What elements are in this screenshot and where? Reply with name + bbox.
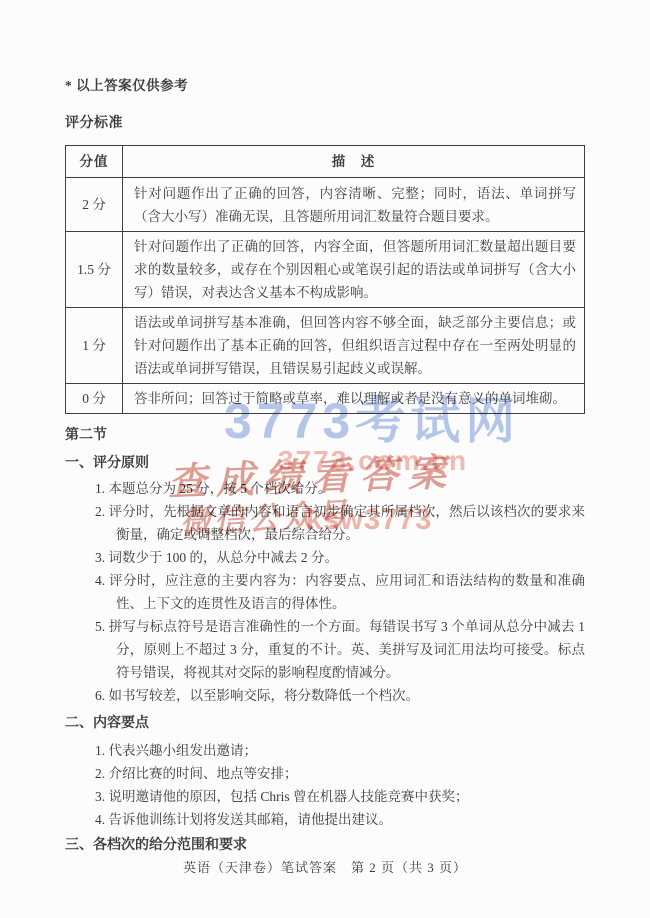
list-item: 4. 评分时，应注意的主要内容为：内容要点、应用词汇和语法结构的数量和准确性、上… [95, 569, 585, 615]
principles-list: 1. 本题总分为 25 分，按 5 个档次给分。 2. 评分时，先根据文章的内容… [65, 477, 585, 707]
list-item: 6. 如书写较差，以至影响交际，将分数降低一个档次。 [95, 684, 585, 707]
content-points-list: 1. 代表兴趣小组发出邀请； 2. 介绍比赛的时间、地点等安排； 3. 说明邀请… [65, 739, 585, 831]
page-footer: 英语（天津卷）笔试答案 第 2 页（共 3 页） [65, 860, 585, 876]
list-item: 5. 拼写与标点符号是语言准确性的一个方面。每错误书写 3 个单词从总分中减去 … [95, 615, 585, 684]
list-item: 3. 词数少于 100 的，从总分中减去 2 分。 [95, 546, 585, 569]
list-item: 4. 告诉他训练计划将发送其邮箱，请他提出建议。 [95, 808, 585, 831]
rubric-heading: 评分标准 [65, 115, 585, 132]
score-description: 针对问题作出了正确的回答，内容清晰、完整；同时，语法、单词拼写（含大小写）准确无… [123, 178, 585, 232]
scoring-rubric-table: 分值 描 述 2 分 针对问题作出了正确的回答，内容清晰、完整；同时，语法、单词… [65, 145, 585, 414]
list-item: 1. 代表兴趣小组发出邀请； [95, 739, 585, 762]
list-item: 1. 本题总分为 25 分，按 5 个档次给分。 [95, 477, 585, 500]
score-description: 语法或单词拼写基本准确，但回答内容不够全面，缺乏部分主要信息；或针对问题作出了基… [123, 308, 585, 384]
table-row: 2 分 针对问题作出了正确的回答，内容清晰、完整；同时，语法、单词拼写（含大小写… [66, 178, 585, 232]
principles-heading: 一、评分原则 [65, 455, 585, 472]
score-description: 针对问题作出了正确的回答，内容全面，但答题所用词汇数量超出题目要求的数量较多，或… [123, 232, 585, 308]
reference-note: * 以上答案仅供参考 [65, 78, 585, 94]
table-row: 1.5 分 针对问题作出了正确的回答，内容全面，但答题所用词汇数量超出题目要求的… [66, 232, 585, 308]
score-value: 0 分 [66, 384, 123, 414]
page-content: * 以上答案仅供参考 评分标准 分值 描 述 2 分 针对问题作出了正确的回答，… [0, 0, 650, 876]
score-description: 答非所问；回答过于简略或草率，难以理解或者是没有意义的单词堆砌。 [123, 384, 585, 414]
score-bands-heading: 三、各档次的给分范围和要求 [65, 837, 585, 854]
list-item: 2. 评分时，先根据文章的内容和语言初步确定其所属档次，然后以该档次的要求来衡量… [95, 500, 585, 546]
table-row: 0 分 答非所问；回答过于简略或草率，难以理解或者是没有意义的单词堆砌。 [66, 384, 585, 414]
list-item: 2. 介绍比赛的时间、地点等安排； [95, 762, 585, 785]
rubric-header-score: 分值 [66, 146, 123, 178]
table-row: 1 分 语法或单词拼写基本准确，但回答内容不够全面，缺乏部分主要信息；或针对问题… [66, 308, 585, 384]
content-points-heading: 二、内容要点 [65, 715, 585, 732]
score-value: 1 分 [66, 308, 123, 384]
rubric-header-description: 描 述 [123, 146, 585, 178]
score-value: 2 分 [66, 178, 123, 232]
scanned-answer-page: * 以上答案仅供参考 评分标准 分值 描 述 2 分 针对问题作出了正确的回答，… [0, 0, 650, 918]
section2-label: 第二节 [65, 427, 585, 444]
list-item: 3. 说明邀请他的原因，包括 Chris 曾在机器人技能竞赛中获奖； [95, 785, 585, 808]
rubric-header-row: 分值 描 述 [66, 146, 585, 178]
score-value: 1.5 分 [66, 232, 123, 308]
